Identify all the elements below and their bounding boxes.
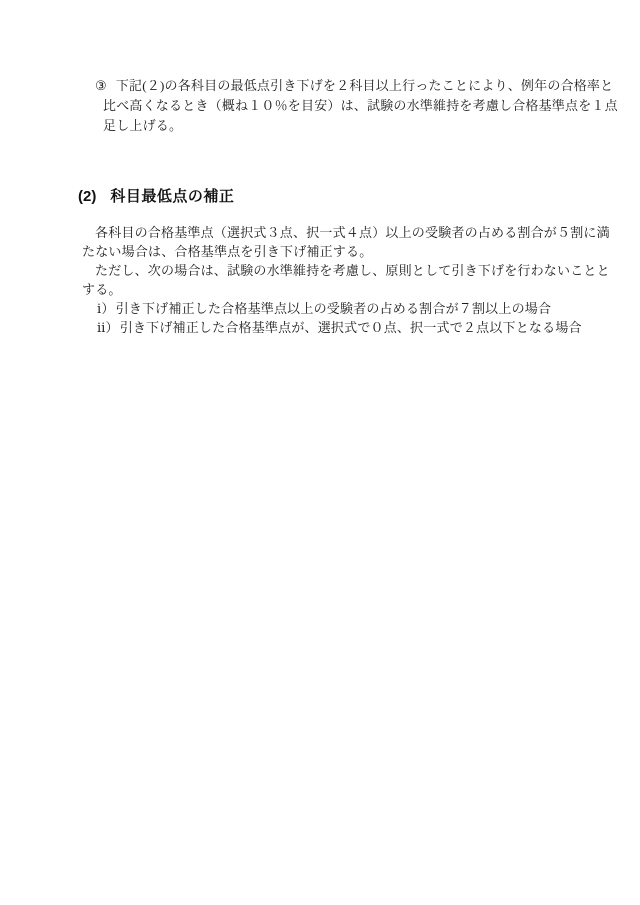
text-line: 足し上げる。 (103, 116, 603, 136)
roman-i-marker: ⅰ） (97, 301, 115, 316)
roman-ii-marker: ⅱ） (97, 320, 119, 335)
section-title: 科目最低点の補正 (110, 185, 234, 206)
text-line: 比べ高くなるとき（概ね１０％を目安）は、試験の水準維持を考慮し合格基準点を１点 (103, 96, 603, 116)
text-line: ③下記(２)の各科目の最低点引き下げを２科目以上行ったことにより、例年の合格率と (95, 76, 603, 96)
document-page: ③下記(２)の各科目の最低点引き下げを２科目以上行ったことにより、例年の合格率と… (0, 0, 640, 905)
section-2-body: 各科目の合格基準点（選択式３点、択一式４点）以上の受験者の占める割合が５割に満 … (82, 223, 592, 337)
section-number: (2) (78, 188, 96, 205)
circled-3-marker: ③ (95, 78, 107, 93)
text-line: する。 (82, 280, 592, 299)
line-text: 引き下げ補正した合格基準点が、選択式で０点、択一式で２点以下となる場合 (120, 320, 582, 335)
line-text: 下記(２)の各科目の最低点引き下げを２科目以上行ったことにより、例年の合格率と (116, 78, 613, 93)
clause-item-3: ③下記(２)の各科目の最低点引き下げを２科目以上行ったことにより、例年の合格率と… (103, 76, 603, 136)
text-line: たない場合は、合格基準点を引き下げ補正する。 (82, 242, 592, 261)
list-item-i: ⅰ）引き下げ補正した合格基準点以上の受験者の占める割合が７割以上の場合 (82, 299, 592, 318)
list-item-ii: ⅱ）引き下げ補正した合格基準点が、選択式で０点、択一式で２点以下となる場合 (82, 318, 592, 337)
line-text: 引き下げ補正した合格基準点以上の受験者の占める割合が７割以上の場合 (116, 301, 552, 316)
text-line: ただし、次の場合は、試験の水準維持を考慮し、原則として引き下げを行わないことと (82, 261, 592, 280)
section-heading: (2) 科目最低点の補正 (78, 185, 234, 206)
text-line: 各科目の合格基準点（選択式３点、択一式４点）以上の受験者の占める割合が５割に満 (82, 223, 592, 242)
